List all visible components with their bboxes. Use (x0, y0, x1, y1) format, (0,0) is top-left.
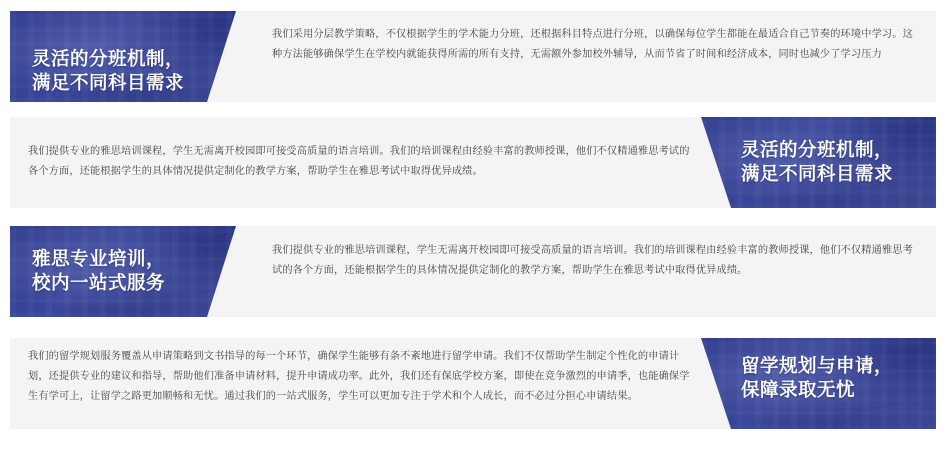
feature-description: 我们采用分层教学策略，不仅根据学生的学术能力分班，还根据科目特点进行分班，以确保… (272, 25, 922, 65)
banner-title: 灵活的分班机制， 满足不同科目需求 (32, 48, 184, 96)
banner-image-right: 灵活的分班机制， 满足不同科目需求 (701, 117, 936, 208)
feature-row-ielts-training: 我们提供专业的雅思培训课程，学生无需离开校园即可接受高质量的语言培训。我们的培训… (10, 117, 936, 208)
banner-title-line1: 灵活的分班机制， (32, 48, 184, 72)
banner-title-line2: 保障录取无忧 (741, 379, 893, 403)
banner-title-line1: 灵活的分班机制， (741, 139, 893, 163)
banner-title: 留学规划与申请， 保障录取无忧 (741, 355, 893, 403)
banner-title-line1: 留学规划与申请， (741, 355, 893, 379)
banner-title-line2: 满足不同科目需求 (741, 163, 893, 187)
feature-description: 我们提供专业的雅思培训课程，学生无需离开校园即可接受高质量的语言培训。我们的培训… (272, 241, 922, 281)
banner-image-right: 留学规划与申请， 保障录取无忧 (701, 338, 936, 429)
banner-title-line1: 雅思专业培训， (32, 248, 165, 272)
feature-description: 我们的留学规划服务覆盖从申请策略到文书指导的每一个环节，确保学生能够有条不紊地进… (28, 347, 693, 407)
banner-title: 灵活的分班机制， 满足不同科目需求 (741, 139, 893, 187)
banner-title-line2: 校内一站式服务 (32, 272, 165, 296)
feature-row-study-abroad: 我们的留学规划服务覆盖从申请策略到文书指导的每一个环节，确保学生能够有条不紊地进… (10, 338, 936, 429)
banner-title-line2: 满足不同科目需求 (32, 72, 184, 96)
feature-description: 我们提供专业的雅思培训课程，学生无需离开校园即可接受高质量的语言培训。我们的培训… (28, 142, 693, 182)
feature-row-class-streaming: 灵活的分班机制， 满足不同科目需求 我们采用分层教学策略，不仅根据学生的学术能力… (10, 11, 936, 102)
feature-row-ielts-onestop: 雅思专业培训， 校内一站式服务 我们提供专业的雅思培训课程，学生无需离开校园即可… (10, 226, 936, 317)
banner-title: 雅思专业培训， 校内一站式服务 (32, 248, 165, 296)
